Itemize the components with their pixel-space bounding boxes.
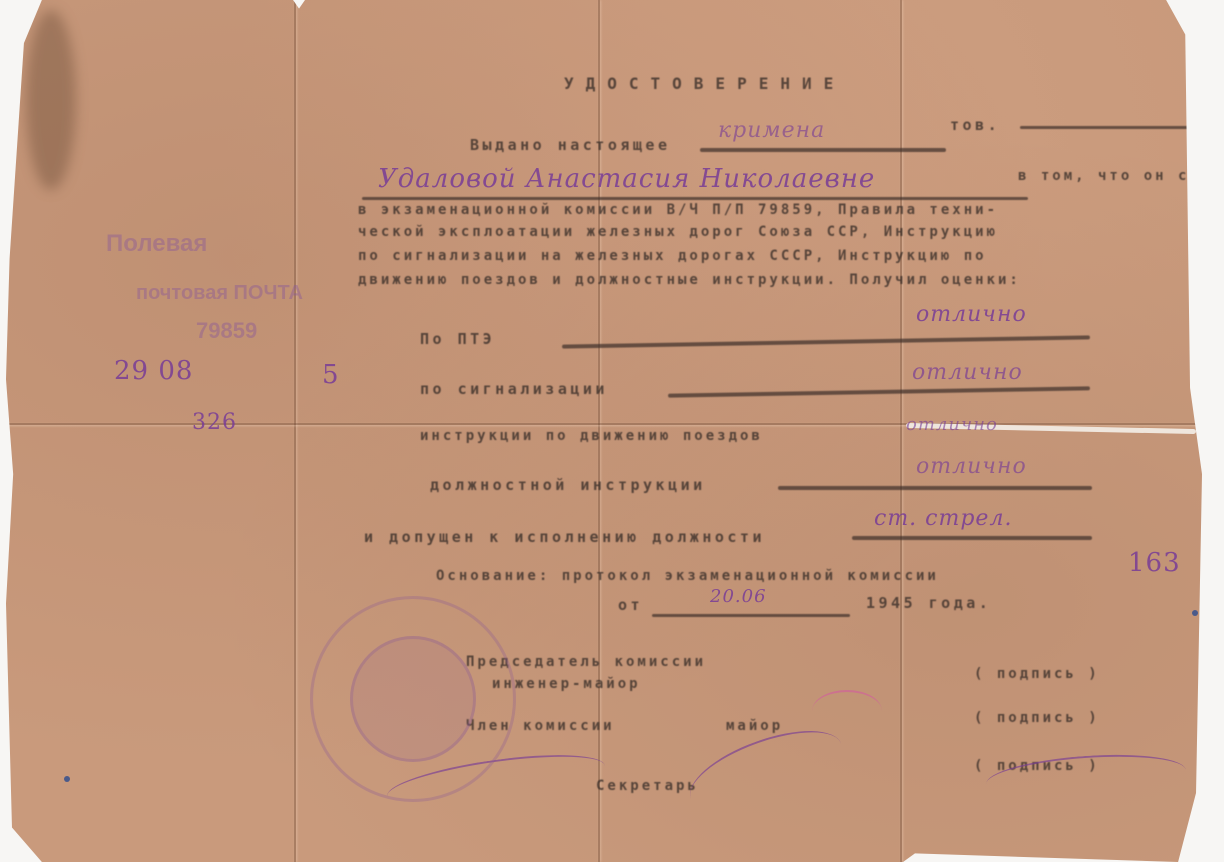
stamp-line: почтовая ПОЧТА [136,282,303,305]
stamp-reg-number: 326 [192,410,237,435]
document-title: УДОСТОВЕРЕНИЕ [564,74,845,93]
fold-vertical [294,0,296,862]
ink-spot [64,776,70,782]
handwritten-name: Удаловой Анастасия Николаевне [378,164,875,194]
stamp-mark: 5 [322,360,340,390]
protocol-number: 163 [1128,548,1181,578]
fold-vertical [900,0,902,862]
admission-value: ст. стрел. [874,506,1012,531]
grade-label: По ПТЭ [420,330,495,348]
fill-line [852,536,1092,540]
signature-scribble [812,690,882,732]
paper-stain [26,10,76,190]
admission-label: и допущен к исполнению должности [364,528,765,546]
body-line: по сигнализации на железных дорогах СССР… [358,248,987,264]
handwritten-rank: кримена [718,118,825,143]
signature-title: Секретарь [596,778,699,794]
fill-line [362,197,1028,200]
issued-prefix: Выдано настоящее [470,136,671,154]
seal-emblem [350,636,476,762]
protocol-year: 1945 года. [866,594,991,612]
grade-value: отлично [916,454,1027,479]
name-suffix: в том, что он сдал [1018,168,1224,184]
ink-spot [1192,610,1198,616]
fill-line [668,386,1090,397]
fill-line [562,335,1090,348]
fill-line [1020,126,1200,129]
fill-line [778,486,1092,490]
grade-label: должностной инструкции [430,476,706,494]
basis-label: Основание: протокол экзаменационной коми… [436,568,939,584]
body-line: ческой эксплоатации железных дорог Союза… [358,224,998,240]
grade-label: инструкции по движению поездов [420,428,763,444]
grade-label: по сигнализации [420,380,608,398]
stamp-date: 29 08 [114,356,193,386]
fill-line [700,148,946,152]
issued-suffix: тов. [950,116,1000,134]
fill-line [652,614,850,617]
grade-value: отлично [906,414,998,435]
date-prefix: от [618,596,643,614]
grade-value: отлично [916,302,1027,327]
signature-title: майор [726,718,783,734]
body-line: движению поездов и должностные инструкци… [358,272,1021,288]
signature-placeholder: ( подпись ) [974,666,1100,682]
stamp-line: Полевая [106,230,207,258]
document-paper: УДОСТОВЕРЕНИЕ Выдано настоящее кримена т… [6,0,1202,862]
stamp-number: 79859 [196,318,257,344]
protocol-date: 20.06 [710,586,767,607]
grade-value: отлично [912,360,1023,385]
signature-placeholder: ( подпись ) [974,710,1100,726]
body-line: в экзаменационной комиссии В/Ч П/П 79859… [358,202,998,218]
